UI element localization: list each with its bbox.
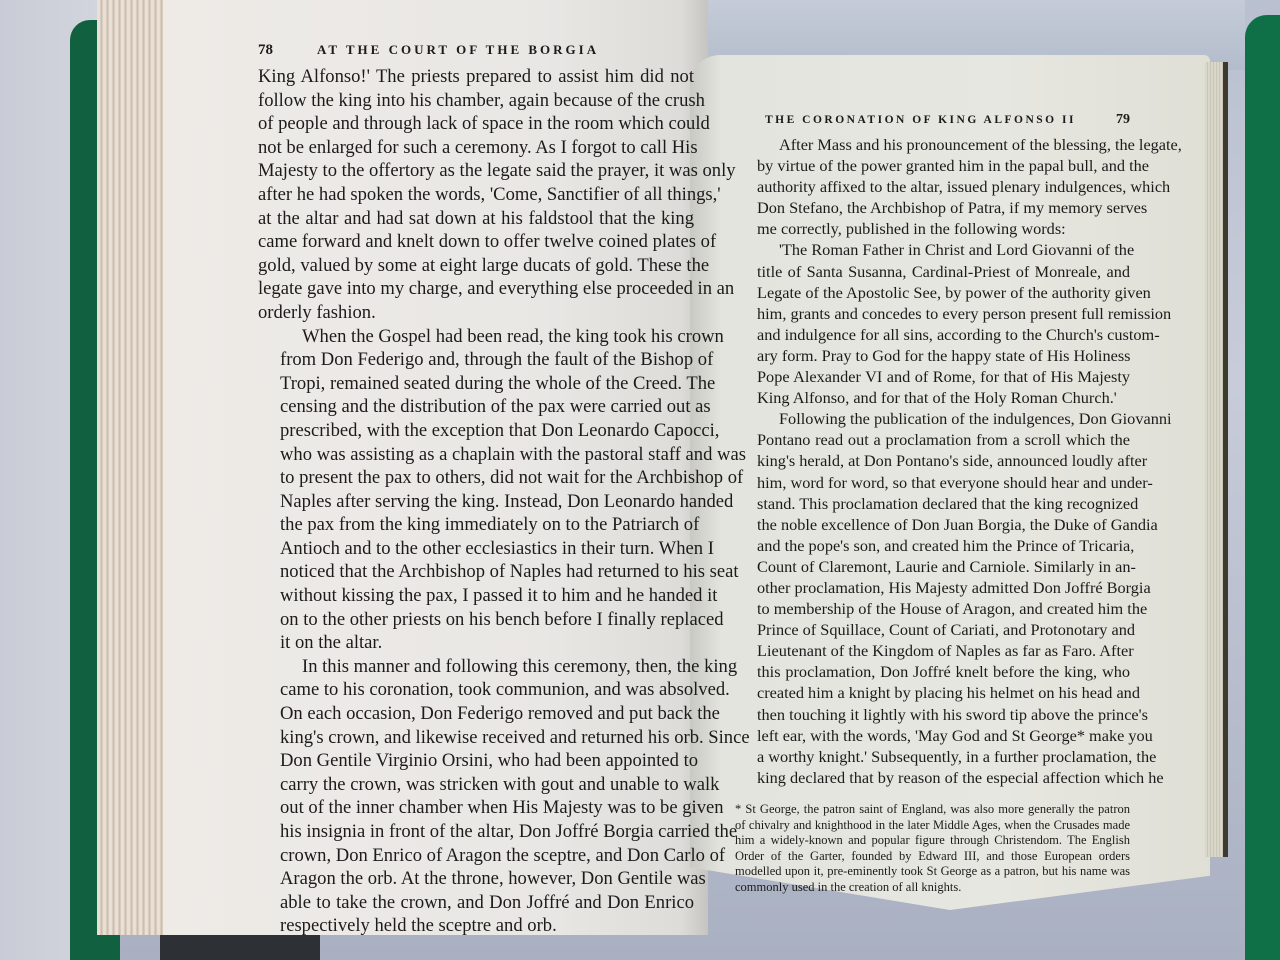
page-block-left [97, 0, 168, 935]
left-page-body: King Alfonso!' The priests prepared to a… [258, 65, 694, 938]
text-line: of people and through lack of space in t… [258, 112, 694, 136]
running-head-title-right: THE CORONATION OF KING ALFONSO II [765, 114, 1076, 126]
text-line: King Alfonso!' The priests prepared to a… [258, 65, 694, 89]
text-line: this proclamation, Don Joffré knelt befo… [735, 661, 1130, 682]
book-stand-right [1245, 15, 1280, 960]
text-line: stand. This proclamation declared that t… [735, 493, 1130, 514]
text-line: without kissing the pax, I passed it to … [258, 584, 694, 608]
text-line: king's crown, and likewise received and … [258, 726, 694, 750]
footnote-line: modelled upon it, pre-eminently took St … [735, 864, 1130, 880]
text-line: authority affixed to the altar, issued p… [735, 176, 1130, 197]
paragraph: In this manner and following this ceremo… [258, 655, 694, 938]
text-line: After Mass and his pronouncement of the … [735, 134, 1130, 155]
text-line: follow the king into his chamber, again … [258, 89, 694, 113]
page-number-right: 79 [1116, 112, 1130, 128]
text-line: out of the inner chamber when His Majest… [258, 796, 694, 820]
text-line: and indulgence for all sins, according t… [735, 324, 1130, 345]
text-line: by virtue of the power granted him in th… [735, 155, 1130, 176]
text-line: Lieutenant of the Kingdom of Naples as f… [735, 640, 1130, 661]
text-line: prescribed, with the exception that Don … [258, 419, 694, 443]
text-line: not be enlarged for such a ceremony. As … [258, 136, 694, 160]
text-line: gold, valued by some at eight large duca… [258, 254, 694, 278]
text-line: In this manner and following this ceremo… [258, 655, 694, 679]
text-line: able to take the crown, and Don Joffré a… [258, 891, 694, 915]
text-line: King Alfonso, and for that of the Holy R… [735, 387, 1130, 408]
text-line: the noble excellence of Don Juan Borgia,… [735, 514, 1130, 535]
text-line: censing and the distribution of the pax … [258, 395, 694, 419]
text-line: king's herald, at Don Pontano's side, an… [735, 450, 1130, 471]
text-line: respectively held the sceptre and orb. [258, 914, 694, 938]
text-line: who was assisting as a chaplain with the… [258, 443, 694, 467]
text-line: on to the other priests on his bench bef… [258, 608, 694, 632]
text-line: Tropi, remained seated during the whole … [258, 372, 694, 396]
text-line: Pontano read out a proclamation from a s… [735, 429, 1130, 450]
text-line: other proclamation, His Majesty admitted… [735, 577, 1130, 598]
text-line: Don Gentile Virginio Orsini, who had bee… [258, 749, 694, 773]
page-number-left: 78 [258, 42, 273, 59]
text-line: and the pope's son, and created him the … [735, 535, 1130, 556]
text-line: then touching it lightly with his sword … [735, 704, 1130, 725]
text-line: at the altar and had sat down at his fal… [258, 207, 694, 231]
text-line: Legate of the Apostolic See, by power of… [735, 282, 1130, 303]
text-line: title of Santa Susanna, Cardinal-Priest … [735, 261, 1130, 282]
footnote: * St George, the patron saint of England… [735, 802, 1130, 896]
running-head-title-left: AT THE COURT OF THE BORGIA [317, 42, 599, 58]
text-line: came to his coronation, took communion, … [258, 678, 694, 702]
left-page-text: 78 AT THE COURT OF THE BORGIA King Alfon… [258, 42, 694, 938]
text-line: to membership of the House of Aragon, an… [735, 598, 1130, 619]
text-line: it on the altar. [258, 631, 694, 655]
footnote-line: of chivalry and knighthood in the later … [735, 818, 1130, 834]
paragraph: After Mass and his pronouncement of the … [735, 134, 1130, 239]
text-line: to present the pax to others, did not wa… [258, 466, 694, 490]
right-page-text: THE CORONATION OF KING ALFONSO II 79 Aft… [735, 112, 1130, 895]
paragraph: 'The Roman Father in Christ and Lord Gio… [735, 239, 1130, 408]
text-line: created him a knight by placing his helm… [735, 682, 1130, 703]
text-line: a worthy knight.' Subsequently, in a fur… [735, 746, 1130, 767]
text-line: came forward and knelt down to offer twe… [258, 230, 694, 254]
text-line: Majesty to the offertory as the legate s… [258, 159, 694, 183]
text-line: ary form. Pray to God for the happy stat… [735, 345, 1130, 366]
text-line: left ear, with the words, 'May God and S… [735, 725, 1130, 746]
text-line: Count of Claremont, Laurie and Carniole.… [735, 556, 1130, 577]
text-line: Don Stefano, the Archbishop of Patra, if… [735, 197, 1130, 218]
paragraph: When the Gospel had been read, the king … [258, 325, 694, 655]
footnote-line: * St George, the patron saint of England… [735, 802, 1130, 818]
text-line: Prince of Squillace, Count of Cariati, a… [735, 619, 1130, 640]
text-line: king declared that by reason of the espe… [735, 767, 1130, 788]
text-line: Aragon the orb. At the throne, however, … [258, 867, 694, 891]
text-line: On each occasion, Don Federigo removed a… [258, 702, 694, 726]
paragraph: Following the publication of the indulge… [735, 408, 1130, 788]
text-line: him, grants and concedes to every person… [735, 303, 1130, 324]
text-line: Following the publication of the indulge… [735, 408, 1130, 429]
footnote-line: Order of the Garter, founded by Edward I… [735, 849, 1130, 865]
text-line: his insignia in front of the altar, Don … [258, 820, 694, 844]
text-line: Antioch and to the other ecclesiastics i… [258, 537, 694, 561]
text-line: Naples after serving the king. Instead, … [258, 490, 694, 514]
text-line: carry the crown, was stricken with gout … [258, 773, 694, 797]
text-line: the pax from the king immediately on to … [258, 513, 694, 537]
text-line: 'The Roman Father in Christ and Lord Gio… [735, 239, 1130, 260]
text-line: noticed that the Archbishop of Naples ha… [258, 560, 694, 584]
left-running-head: 78 AT THE COURT OF THE BORGIA [258, 42, 694, 59]
footnote-line: him a widely-known and popular figure th… [735, 833, 1130, 849]
footnote-line: commonly used in the creation of all kni… [735, 880, 1130, 896]
right-running-head: THE CORONATION OF KING ALFONSO II 79 [765, 112, 1130, 128]
text-line: legate gave into my charge, and everythi… [258, 277, 694, 301]
text-line: crown, Don Enrico of Aragon the sceptre,… [258, 844, 694, 868]
page-block-right [1205, 62, 1228, 857]
text-line: after he had spoken the words, 'Come, Sa… [258, 183, 694, 207]
text-line: me correctly, published in the following… [735, 218, 1130, 239]
text-line: When the Gospel had been read, the king … [258, 325, 694, 349]
right-page-body: After Mass and his pronouncement of the … [735, 134, 1130, 788]
text-line: from Don Federigo and, through the fault… [258, 348, 694, 372]
paragraph: King Alfonso!' The priests prepared to a… [258, 65, 694, 325]
text-line: orderly fashion. [258, 301, 694, 325]
text-line: him, word for word, so that everyone sho… [735, 472, 1130, 493]
text-line: Pope Alexander VI and of Rome, for that … [735, 366, 1130, 387]
